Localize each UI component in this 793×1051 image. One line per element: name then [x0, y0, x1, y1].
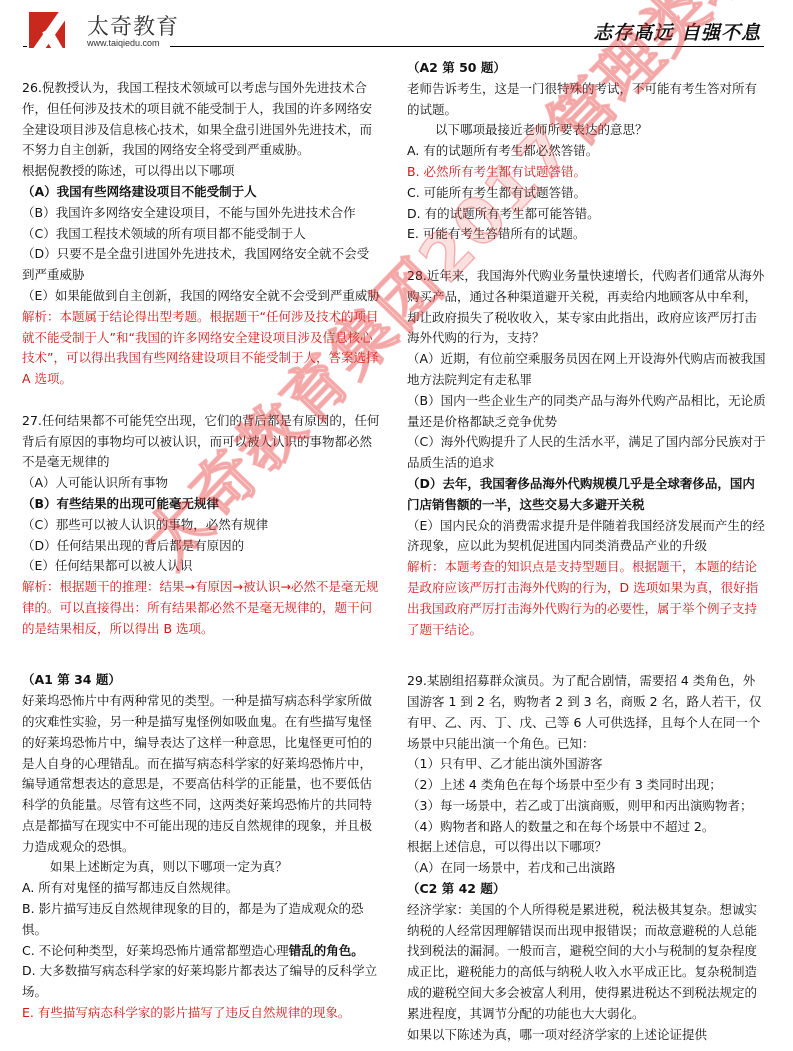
question-prompt: 根据倪教授的陈述，可以得出以下哪项	[22, 161, 380, 182]
question-stem: 好莱坞恐怖片中有两种常见的类型。一种是描写病态科学家所做的灾难性实验，另一种是描…	[22, 691, 380, 857]
analysis-text: 解析：本题考查的知识点是支持型题目。根据题干，本题的结论是政府应该严厉打击海外代…	[407, 557, 767, 640]
option-e-answer: E. 有些描写病态科学家的影片描写了违反自然规律的现象。	[22, 1003, 380, 1024]
option-b: （B）我国许多网络安全建设项目，不能与国外先进技术合作	[22, 203, 380, 224]
question-tag: （A1 第 34 题）	[22, 670, 380, 691]
spacer	[407, 245, 767, 266]
question-tag: （A2 第 50 题）	[407, 58, 767, 79]
option-c: （C）我国工程技术领域的所有项目都不能受制于人	[22, 224, 380, 245]
option-e: （E）任何结果都可以被人认识	[22, 556, 380, 577]
option-e: （E）国内民众的消费需求提升是伴随着我国经济发展而产生的经济现象，应以此为契机促…	[407, 516, 767, 558]
spacer	[407, 661, 767, 671]
question-stem: 28.近年来，我国海外代购业务量快速增长，代购者们通常从海外购买产品，通过各种渠…	[407, 266, 767, 349]
condition-2: （2）上述 4 类角色在每个场景中至少有 3 类同时出现；	[407, 775, 767, 796]
header-divider-dot	[23, 46, 27, 47]
option-b: （B）国内一些企业生产的同类产品与海外代购产品相比，无论质量还是价格都缺乏竞争优…	[407, 391, 767, 433]
question-stem: 经济学家：美国的个人所得税是累进税，税法极其复杂。想诚实纳税的人经常因理解错误而…	[407, 900, 767, 1025]
right-column: （A2 第 50 题） 老师告诉考生，这是一门很特殊的考试，不可能有考生答对所有…	[407, 58, 767, 1045]
question-29: 29.某剧组招募群众演员。为了配合剧情，需要招 4 类角色，外国游客 1 到 2…	[407, 671, 767, 879]
option-b-answer: B. 必然所有考生都有试题答错。	[407, 162, 767, 183]
question-stem: 29.某剧组招募群众演员。为了配合剧情，需要招 4 类角色，外国游客 1 到 2…	[407, 671, 767, 754]
question-27: 27.任何结果都不可能凭空出现，它们的背后都是有原因的，任何背后有原因的事物均可…	[22, 411, 380, 640]
option-d-answer: （D）去年，我国奢侈品海外代购规模几乎是全球奢侈品，国内门店销售额的一半，这些交…	[407, 474, 767, 516]
question-tag: （C2 第 42 题）	[407, 879, 767, 900]
option-c: （C）海外代购提升了人民的生活水平，满足了国内部分民族对于品质生活的追求	[407, 432, 767, 474]
option-e: E. 可能有考生答错所有的试题。	[407, 224, 767, 245]
analysis-text: 解析：根据题干的推理：结果→有原因→被认识→必然不是毫无规律的。可以直接得出：所…	[22, 577, 380, 639]
option-c: C. 不论何种类型，好莱坞恐怖片通常都塑造心理错乱的角色。	[22, 941, 380, 962]
condition-1: （1）只有甲、乙才能出演外国游客	[407, 754, 767, 775]
option-b-answer: （B）有些结果的出现可能毫无规律	[22, 494, 380, 515]
option-c: C. 可能所有考生都有试题答错。	[407, 183, 767, 204]
question-prompt: 如果以下陈述为真，哪一项对经济学家的上述论证提供	[407, 1025, 767, 1046]
page-header: 太奇教育 www.taiqiedu.com 志存高远 自强不息	[0, 0, 793, 56]
option-c-text: C. 不论何种类型，好莱坞恐怖片通常都塑造心理	[22, 943, 289, 958]
option-d: D. 有的试题所有考生都可能答错。	[407, 204, 767, 225]
spacer	[22, 660, 380, 670]
option-e: （E）如果能做到自主创新，我国的网络安全就不会受到严重威胁	[22, 286, 380, 307]
option-a: （A）近期，有位前空乘服务员因在网上开设海外代购店而被我国地方法院判定有走私罪	[407, 349, 767, 391]
option-a: A. 有的试题所有考生都必然答错。	[407, 141, 767, 162]
option-a-answer: （A）我国有些网络建设项目不能受制于人	[22, 182, 380, 203]
question-stem: 27.任何结果都不可能凭空出现，它们的背后都是有原因的，任何背后有原因的事物均可…	[22, 411, 380, 473]
question-stem: 26.倪教授认为，我国工程技术领域可以考虑与国外先进技术合作，但任何涉及技术的项…	[22, 78, 380, 161]
question-a2-50: （A2 第 50 题） 老师告诉考生，这是一门很特殊的考试，不可能有考生答对所有…	[407, 58, 767, 245]
analysis-text: 解析：本题属于结论得出型考题。根据题干“任何涉及技术的项目就不能受制于人”和“我…	[22, 307, 380, 390]
option-b: B. 影片描写违反自然规律现象的目的，都是为了造成观众的恐惧。	[22, 899, 380, 941]
option-c-bold-text: 错乱的角色。	[289, 943, 364, 958]
question-stem: 老师告诉考生，这是一门很特殊的考试，不可能有考生答对所有的试题。	[407, 79, 767, 121]
left-column: 26.倪教授认为，我国工程技术领域可以考虑与国外先进技术合作，但任何涉及技术的项…	[22, 78, 380, 1024]
brand-name: 太奇教育	[87, 10, 179, 41]
option-d: （D）任何结果出现的背后都是有原因的	[22, 536, 380, 557]
condition-3: （3）每一场景中，若乙或丁出演商贩，则甲和丙出演购物者；	[407, 796, 767, 817]
spacer	[22, 390, 380, 411]
question-c2-42: （C2 第 42 题） 经济学家：美国的个人所得税是累进税，税法极其复杂。想诚实…	[407, 879, 767, 1045]
question-a1-34: （A1 第 34 题） 好莱坞恐怖片中有两种常见的类型。一种是描写病态科学家所做…	[22, 670, 380, 1024]
header-slogan: 志存高远 自强不息	[593, 18, 761, 45]
spacer	[407, 640, 767, 661]
option-d: D. 大多数描写病态科学家的好莱坞影片都表达了编导的反科学立场。	[22, 961, 380, 1003]
question-prompt: 如果上述断定为真，则以下哪项一定为真？	[22, 857, 380, 878]
option-a: （A）人可能认识所有事物	[22, 473, 380, 494]
option-a: （A）在同一场景中，若戊和己出演路	[407, 858, 767, 879]
option-c: （C）那些可以被人认识的事物，必然有规律	[22, 515, 380, 536]
question-prompt: 根据上述信息，可以得出以下哪项？	[407, 837, 767, 858]
brand-url: www.taiqiedu.com	[87, 38, 160, 48]
question-26: 26.倪教授认为，我国工程技术领域可以考虑与国外先进技术合作，但任何涉及技术的项…	[22, 78, 380, 390]
option-a: A. 所有对鬼怪的描写都违反自然规律。	[22, 878, 380, 899]
condition-4: （4）购物者和路人的数量之和在每个场景中不超过 2。	[407, 817, 767, 838]
spacer	[22, 640, 380, 661]
question-prompt: 以下哪项最接近老师所要表达的意思？	[407, 120, 767, 141]
header-divider	[170, 46, 764, 47]
option-d: （D）只要不是全盘引进国外先进技术，我国网络安全就不会受到严重威胁	[22, 244, 380, 286]
brand-logo-icon	[29, 12, 65, 48]
question-28: 28.近年来，我国海外代购业务量快速增长，代购者们通常从海外购买产品，通过各种渠…	[407, 266, 767, 640]
